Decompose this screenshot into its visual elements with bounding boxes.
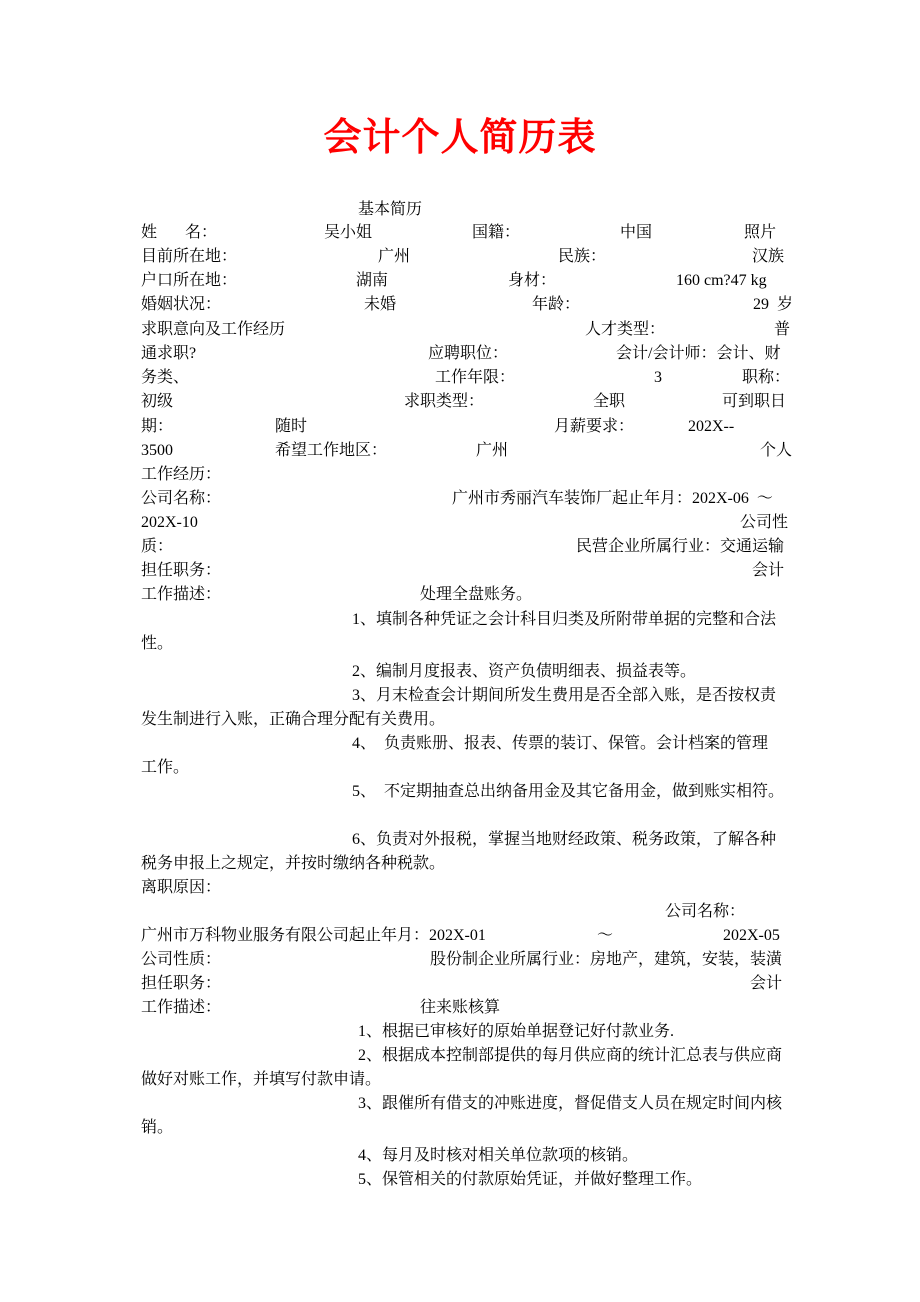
company1-duty-1: 1、填制各种凭证之会计科目归类及所附带单据的完整和合法 xyxy=(352,608,776,632)
talent-type-label: 人才类型： xyxy=(585,318,665,342)
nationality-label: 国籍： xyxy=(472,221,520,245)
job-title-label: 职称： xyxy=(742,366,790,390)
text-line: 工作描述：处理全盘账务。 xyxy=(0,583,920,607)
company1-leave-reason-label: 离职原因： xyxy=(141,876,221,900)
work-years-value: 3 xyxy=(654,366,662,390)
document-body: 基本简历姓 名：吴小姐国籍：中国照片目前所在地：广州民族：汉族户口所在地：湖南身… xyxy=(0,0,920,1302)
text-line: 户口所在地：湖南身材：160 cm?47 kg xyxy=(0,269,920,293)
section-heading-basic: 基本简历 xyxy=(358,198,422,222)
document-page: 会计个人简历表 基本简历姓 名：吴小姐国籍：中国照片目前所在地：广州民族：汉族户… xyxy=(0,0,920,1302)
text-line: 工作。 xyxy=(0,756,920,780)
company1-duty-2: 2、编制月度报表、资产负债明细表、损益表等。 xyxy=(352,660,696,684)
text-line: 3500希望工作地区：广州个人 xyxy=(0,439,920,463)
ethnicity-label: 民族： xyxy=(558,245,606,269)
company2-duty-4: 4、每月及时核对相关单位款项的核销。 xyxy=(358,1144,638,1168)
company2-duty-1: 1、根据已审核好的原始单据登记好付款业务. xyxy=(358,1020,674,1044)
job-type-value: 全职 xyxy=(593,390,625,414)
company2-duty-2: 2、根据成本控制部提供的每月供应商的统计汇总表与供应商 xyxy=(358,1044,782,1068)
text-line: 离职原因： xyxy=(0,876,920,900)
text-line: 初级求职类型：全职可到职日 xyxy=(0,390,920,414)
section-heading-objective: 求职意向及工作经历 xyxy=(141,318,285,342)
text-line: 做好对账工作，并填写付款申请。 xyxy=(0,1068,920,1092)
company1-type-industry: 民营企业所属行业：交通运输 xyxy=(576,535,784,559)
photo-label: 照片 xyxy=(744,221,776,245)
company1-name-and-period: 广州市秀丽汽车装饰厂起止年月：202X-06 ～ xyxy=(452,487,773,511)
salary-label: 月薪要求： xyxy=(554,415,634,439)
text-line: 税务申报上之规定，并按时缴纳各种税款。 xyxy=(0,852,920,876)
registered-residence-value: 湖南 xyxy=(356,269,388,293)
name-label: 姓 名： xyxy=(141,221,217,245)
ethnicity-value: 汉族 xyxy=(752,245,784,269)
company2-duty-3: 3、跟催所有借支的冲账进度，督促借支人员在规定时间内核 xyxy=(358,1092,782,1116)
text-line: 3、月末检查会计期间所发生费用是否全部入账，是否按权责 xyxy=(0,684,920,708)
job-type-label: 求职类型： xyxy=(404,390,484,414)
company2-duty-5: 5、保管相关的付款原始凭证，并做好整理工作。 xyxy=(358,1168,702,1192)
company2-period-tilde: ～ xyxy=(597,924,613,948)
text-line: 基本简历 xyxy=(0,198,920,222)
body-label: 身材： xyxy=(508,269,556,293)
available-date-label-cont: 期： xyxy=(141,415,173,439)
text-line: 目前所在地：广州民族：汉族 xyxy=(0,245,920,269)
available-date-value: 随时 xyxy=(275,415,307,439)
name-value: 吴小姐 xyxy=(324,221,372,245)
text-line: 担任职务：会计 xyxy=(0,972,920,996)
company2-type-industry: 股份制企业所属行业：房地产，建筑，安装，装潢 xyxy=(430,948,782,972)
text-line: 性。 xyxy=(0,632,920,656)
text-line: 1、根据已审核好的原始单据登记好付款业务. xyxy=(0,1020,920,1044)
company1-description-intro: 处理全盘账务。 xyxy=(420,583,532,607)
text-line: 质：民营企业所属行业：交通运输 xyxy=(0,535,920,559)
text-line: 期：随时月薪要求：202X-- xyxy=(0,415,920,439)
text-line: 发生制进行入账，正确合理分配有关费用。 xyxy=(0,708,920,732)
preferred-area-label: 希望工作地区： xyxy=(275,439,387,463)
text-line: 通求职?应聘职位：会计/会计师：会计、财 xyxy=(0,342,920,366)
position-value-part: 会计/会计师：会计、财 xyxy=(616,342,780,366)
preferred-area-value: 广州 xyxy=(476,439,508,463)
text-line: 202X-10公司性 xyxy=(0,511,920,535)
company1-duty-6-cont: 税务申报上之规定，并按时缴纳各种税款。 xyxy=(141,852,445,876)
company2-type-label: 公司性质： xyxy=(141,948,221,972)
text-line: 公司名称： xyxy=(0,900,920,924)
age-label: 年龄： xyxy=(532,293,580,317)
company1-duty-6: 6、负责对外报税，掌握当地财经政策、税务政策，了解各种 xyxy=(352,828,776,852)
company1-duty-4-cont: 工作。 xyxy=(141,756,189,780)
job-title-value: 初级 xyxy=(141,390,173,414)
salary-value-cont: 3500 xyxy=(141,439,173,463)
company2-description-intro: 往来账核算 xyxy=(420,996,500,1020)
text-line: 求职意向及工作经历人才类型：普 xyxy=(0,318,920,342)
company1-description-label: 工作描述： xyxy=(141,583,221,607)
text-line: 3、跟催所有借支的冲账进度，督促借支人员在规定时间内核 xyxy=(0,1092,920,1116)
text-line: 1、填制各种凭证之会计科目归类及所附带单据的完整和合法 xyxy=(0,608,920,632)
text-line: 4、 负责账册、报表、传票的装订、保管。会计档案的管理 xyxy=(0,732,920,756)
talent-type-value-cont: 通求职? xyxy=(141,342,196,366)
company1-type-label-cont: 质： xyxy=(141,535,173,559)
company2-duty-2-cont: 做好对账工作，并填写付款申请。 xyxy=(141,1068,381,1092)
company1-period-end: 202X-10 xyxy=(141,511,198,535)
company2-period-end: 202X-05 xyxy=(723,924,780,948)
company2-position-label: 担任职务： xyxy=(141,972,221,996)
company2-position-value: 会计 xyxy=(750,972,782,996)
company1-duty-3-cont: 发生制进行入账，正确合理分配有关费用。 xyxy=(141,708,445,732)
text-line: 公司性质：股份制企业所属行业：房地产，建筑，安装，装潢 xyxy=(0,948,920,972)
body-value: 160 cm?47 kg xyxy=(676,269,767,293)
text-line: 4、每月及时核对相关单位款项的核销。 xyxy=(0,1144,920,1168)
work-years-label: 工作年限： xyxy=(435,366,515,390)
company1-duty-1-cont: 性。 xyxy=(141,632,173,656)
text-line: 工作经历： xyxy=(0,463,920,487)
text-line: 2、根据成本控制部提供的每月供应商的统计汇总表与供应商 xyxy=(0,1044,920,1068)
company1-duty-4: 4、 负责账册、报表、传票的装订、保管。会计档案的管理 xyxy=(352,732,768,756)
text-line: 6、负责对外报税，掌握当地财经政策、税务政策，了解各种 xyxy=(0,828,920,852)
text-line: 销。 xyxy=(0,1116,920,1140)
company1-type-label-part: 公司性 xyxy=(740,511,788,535)
current-location-label: 目前所在地： xyxy=(141,245,237,269)
text-line: 工作描述：往来账核算 xyxy=(0,996,920,1020)
company1-duty-3: 3、月末检查会计期间所发生费用是否全部入账，是否按权责 xyxy=(352,684,776,708)
salary-value-part: 202X-- xyxy=(688,415,734,439)
company2-name-label: 公司名称： xyxy=(665,900,745,924)
text-line: 公司名称：广州市秀丽汽车装饰厂起止年月：202X-06 ～ xyxy=(0,487,920,511)
current-location-value: 广州 xyxy=(378,245,410,269)
text-line: 婚姻状况：未婚年龄：29 岁 xyxy=(0,293,920,317)
company2-description-label: 工作描述： xyxy=(141,996,221,1020)
age-value: 29 岁 xyxy=(753,293,793,317)
text-line: 务类、工作年限：3职称： xyxy=(0,366,920,390)
company1-position-label: 担任职务： xyxy=(141,559,221,583)
personal-part: 个人 xyxy=(760,439,792,463)
position-value-cont: 务类、 xyxy=(141,366,189,390)
text-line: 广州市万科物业服务有限公司起止年月：202X-01～202X-05 xyxy=(0,924,920,948)
company1-position-value: 会计 xyxy=(752,559,784,583)
nationality-value: 中国 xyxy=(620,221,652,245)
position-label: 应聘职位： xyxy=(428,342,508,366)
company1-duty-5: 5、 不定期抽查总出纳备用金及其它备用金，做到账实相符。 xyxy=(352,780,784,804)
available-date-label-part: 可到职日 xyxy=(722,390,786,414)
marital-status-value: 未婚 xyxy=(364,293,396,317)
registered-residence-label: 户口所在地： xyxy=(141,269,237,293)
text-line: 担任职务：会计 xyxy=(0,559,920,583)
work-experience-heading: 工作经历： xyxy=(141,463,221,487)
text-line: 姓 名：吴小姐国籍：中国照片 xyxy=(0,221,920,245)
marital-status-label: 婚姻状况： xyxy=(141,293,221,317)
company2-duty-3-cont: 销。 xyxy=(141,1116,173,1140)
text-line: 2、编制月度报表、资产负债明细表、损益表等。 xyxy=(0,660,920,684)
company2-name-and-period: 广州市万科物业服务有限公司起止年月：202X-01 xyxy=(141,924,486,948)
text-line: 5、 不定期抽查总出纳备用金及其它备用金，做到账实相符。 xyxy=(0,780,920,804)
text-line: 5、保管相关的付款原始凭证，并做好整理工作。 xyxy=(0,1168,920,1192)
company1-name-label: 公司名称： xyxy=(141,487,221,511)
talent-type-value-part: 普 xyxy=(774,318,790,342)
